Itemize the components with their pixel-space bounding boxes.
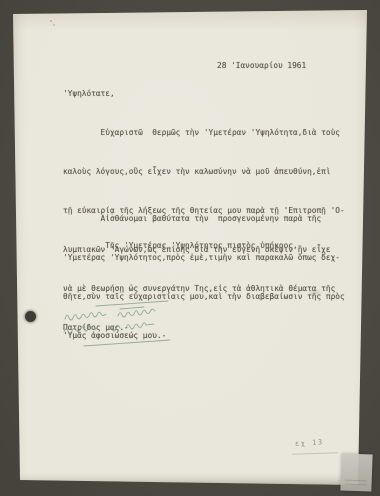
annotation-bottom-rule xyxy=(84,340,170,346)
hole-punch xyxy=(25,311,36,322)
date-line: 28 'Ιανουαρίου 1961 xyxy=(217,59,306,72)
sticker-texture-line xyxy=(345,484,367,486)
letter-line: καλοὺς λόγους,οὓς εἶχεν τὴν καλωσύνην νὰ… xyxy=(63,165,345,178)
pencil-underline xyxy=(292,452,338,455)
corner-sticker xyxy=(340,453,372,491)
scan-background: 28 'Ιανουαρίου 1961 'Υψηλότατε, Εὐχαριστ… xyxy=(0,0,380,496)
salutation: 'Υψηλότατε, xyxy=(63,87,115,100)
annotation-scribble-line-2c xyxy=(126,323,154,329)
sticker-texture-line xyxy=(345,480,367,482)
annotation-overline xyxy=(120,307,144,309)
annotation-scribble-line-2 xyxy=(64,326,97,333)
letter-line: Εὐχαριστῶ θερμῶς τὴν 'Υμετέραν 'Υψηλότητ… xyxy=(63,126,345,139)
letter-line: Αἰσθάνομαι βαθύτατα τὴν προσγενομένην πα… xyxy=(63,212,345,225)
annotation-scribble-line-1b xyxy=(118,309,155,317)
pencil-archive-mark: εχ 13 xyxy=(295,438,324,447)
closing-line: Τῆς 'Υμετέρας 'Υψηλότητος πιστὸς ὑπήκοος… xyxy=(63,239,298,252)
annotation-scribble-line-1 xyxy=(65,312,106,320)
annotation-scribble-line-2b xyxy=(108,326,120,331)
annotation-top-rule xyxy=(96,301,168,306)
letter-page: 28 'Ιανουαρίου 1961 'Υψηλότατε, Εὐχαριστ… xyxy=(10,9,368,487)
letter-line: 'Υμετέρας 'Υψηλότητος,πρὸς ἐμὲ,τιμὴν καὶ… xyxy=(63,251,345,264)
paper-speck xyxy=(50,20,52,22)
paper-speck xyxy=(53,24,55,26)
paper-smudge xyxy=(310,290,320,295)
handwritten-annotation xyxy=(58,292,198,356)
